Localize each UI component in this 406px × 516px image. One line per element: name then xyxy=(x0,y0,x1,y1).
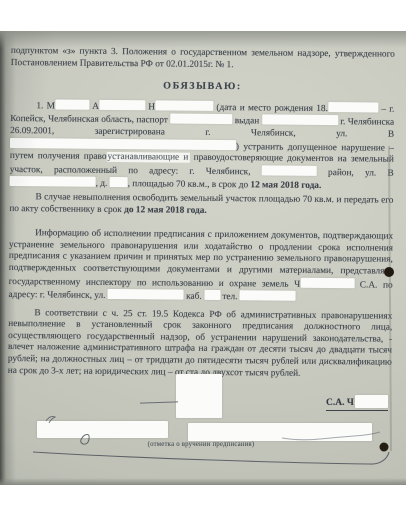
redaction-box xyxy=(55,99,89,109)
redaction-box xyxy=(170,114,232,125)
paragraph: В соответствии с ч. 25 ст. 19.5 Кодекса … xyxy=(8,308,393,381)
redaction-box xyxy=(204,290,220,300)
bold-text: до 12 мая 2018 года. xyxy=(124,205,207,216)
redaction-box xyxy=(108,289,184,300)
redaction-box xyxy=(240,290,296,301)
redaction-box xyxy=(328,102,378,112)
bottom-rule-line xyxy=(33,452,389,464)
redaction-box xyxy=(37,421,168,438)
intro-paragraph: подпунктом «з» пункта 3. Положения о гос… xyxy=(11,46,395,73)
delivery-note-label: (отметка о вручении предписания) xyxy=(134,441,268,448)
signature-line xyxy=(140,401,178,403)
redaction-box xyxy=(262,165,317,176)
redaction-box xyxy=(355,395,388,408)
redaction-box xyxy=(262,115,338,126)
paragraph: Информацию об исполнении предписания с п… xyxy=(8,228,393,305)
redaction-box xyxy=(155,100,213,111)
redaction-box xyxy=(99,100,145,110)
paragraph: В случае невыполнения освободить земельн… xyxy=(9,192,393,219)
hole-punch-dot xyxy=(380,443,389,452)
signature-initials-text: С.А. Ч xyxy=(326,398,354,408)
document-paragraphs: 1. М А Н (дата и место рождения 18. – г.… xyxy=(8,99,395,381)
redaction-box xyxy=(110,177,128,187)
redaction-box xyxy=(300,277,354,288)
highlighted-text: устанавливающие и xyxy=(106,152,189,163)
redaction-box xyxy=(10,138,236,150)
bold-text: 12 мая 2018 года. xyxy=(250,181,321,192)
redaction-box xyxy=(176,374,222,418)
redaction-box xyxy=(10,176,96,187)
redaction-box xyxy=(188,423,372,441)
document-photo: подпунктом «з» пункта 3. Положения о гос… xyxy=(0,31,406,485)
paragraph: 1. М А Н (дата и место рождения 18. – г.… xyxy=(10,99,395,194)
order-heading: ОБЯЗЫВАЮ: xyxy=(10,79,394,94)
page-background: подпунктом «з» пункта 3. Положения о гос… xyxy=(0,0,406,516)
signature-initials: С.А. Ч xyxy=(326,395,388,411)
document-text: подпунктом «з» пункта 3. Положения о гос… xyxy=(8,37,395,381)
